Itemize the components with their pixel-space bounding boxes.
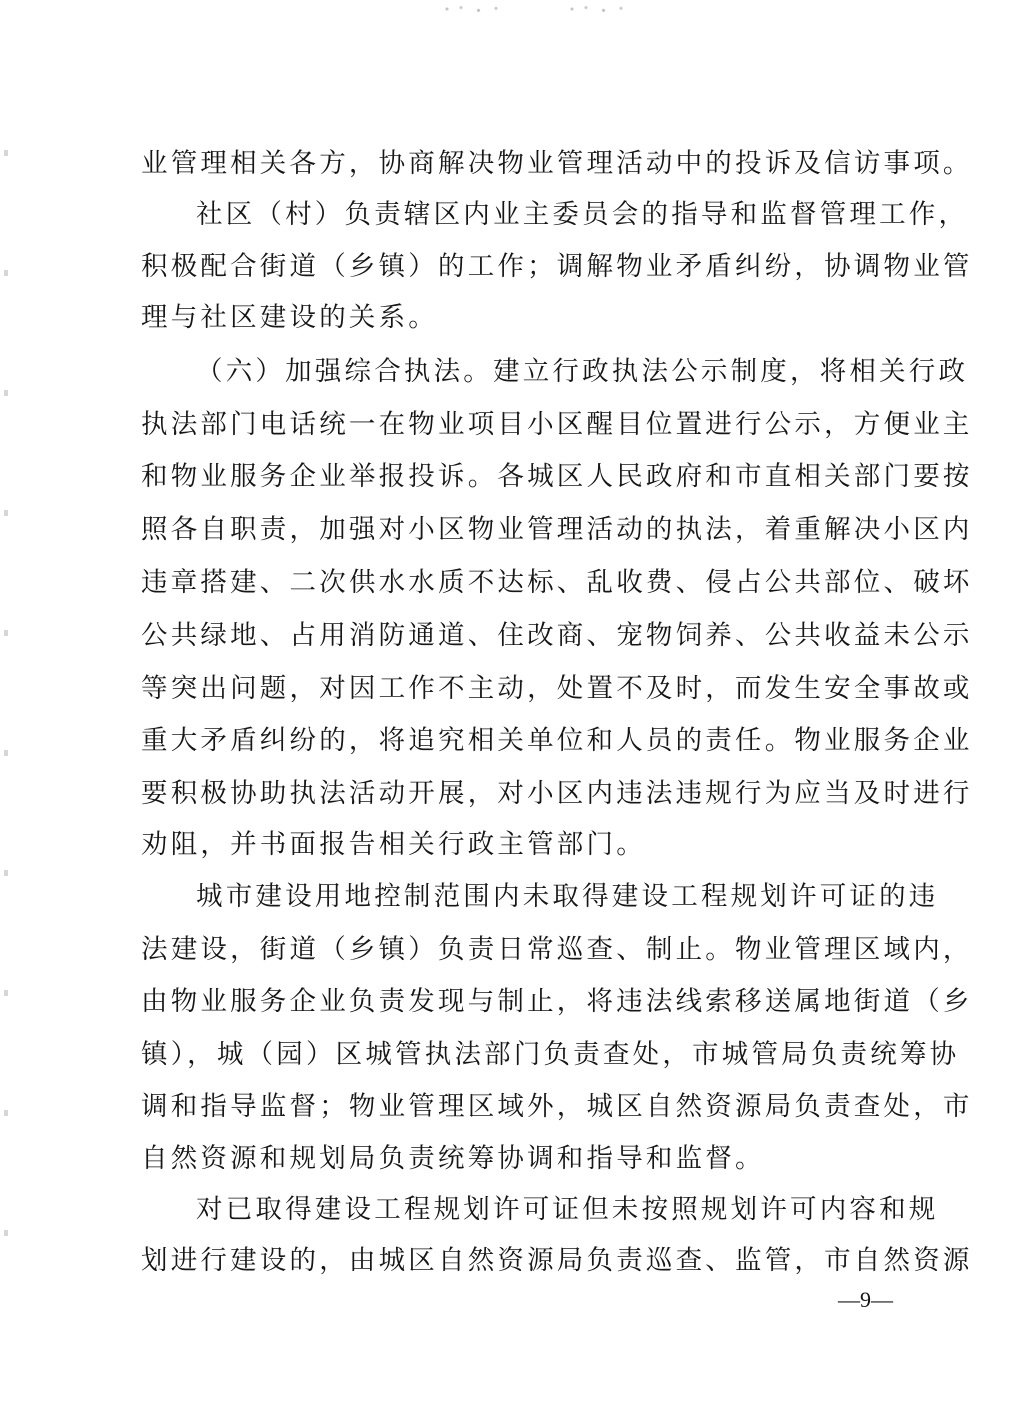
scan-edge-marks [4, 90, 8, 1290]
text-line: 业管理相关各方，协商解决物业管理活动中的投诉及信访事项。 [141, 144, 911, 184]
text-line: 照各自职责，加强对小区物业管理活动的执法，着重解决小区内 [141, 510, 911, 550]
text-line: 镇），城（园）区城管执法部门负责查处，市城管局负责统筹协 [141, 1035, 911, 1075]
text-line: 等突出问题，对因工作不主动，处置不及时，而发生安全事故或 [141, 669, 911, 709]
scan-artifact [565, 2, 635, 16]
document-page: 业管理相关各方，协商解决物业管理活动中的投诉及信访事项。社区（村）负责辖区内业主… [0, 0, 1024, 1428]
text-line: 理与社区建设的关系。 [141, 298, 911, 338]
text-line: 劝阻，并书面报告相关行政主管部门。 [141, 825, 911, 865]
scan-artifact [440, 2, 510, 16]
text-line: 划进行建设的，由城区自然资源局负责巡查、监管，市自然资源 [141, 1241, 911, 1281]
text-line: 由物业服务企业负责发现与制止，将违法线索移送属地街道（乡 [141, 982, 911, 1022]
text-line: 对已取得建设工程规划许可证但未按照规划许可内容和规 [196, 1190, 966, 1230]
text-line: 违章搭建、二次供水水质不达标、乱收费、侵占公共部位、破坏 [141, 563, 911, 603]
text-line: 重大矛盾纠纷的，将追究相关单位和人员的责任。物业服务企业 [141, 721, 911, 761]
text-line: 公共绿地、占用消防通道、住改商、宠物饲养、公共收益未公示 [141, 616, 911, 656]
text-line: 社区（村）负责辖区内业主委员会的指导和监督管理工作， [196, 195, 966, 235]
text-line: 和物业服务企业举报投诉。各城区人民政府和市直相关部门要按 [141, 457, 911, 497]
text-line: （六）加强综合执法。建立行政执法公示制度，将相关行政 [196, 352, 966, 392]
text-line: 法建设，街道（乡镇）负责日常巡查、制止。物业管理区域内， [141, 930, 911, 970]
text-line: 要积极协助执法活动开展，对小区内违法违规行为应当及时进行 [141, 774, 911, 814]
text-line: 积极配合街道（乡镇）的工作；调解物业矛盾纠纷，协调物业管 [141, 247, 911, 287]
text-line: 城市建设用地控制范围内未取得建设工程规划许可证的违 [196, 877, 966, 917]
text-line: 调和指导监督；物业管理区域外，城区自然资源局负责查处，市 [141, 1087, 911, 1127]
text-line: 自然资源和规划局负责统筹协调和指导和监督。 [141, 1139, 911, 1179]
page-number: —9— [838, 1285, 893, 1315]
text-line: 执法部门电话统一在物业项目小区醒目位置进行公示，方便业主 [141, 405, 911, 445]
